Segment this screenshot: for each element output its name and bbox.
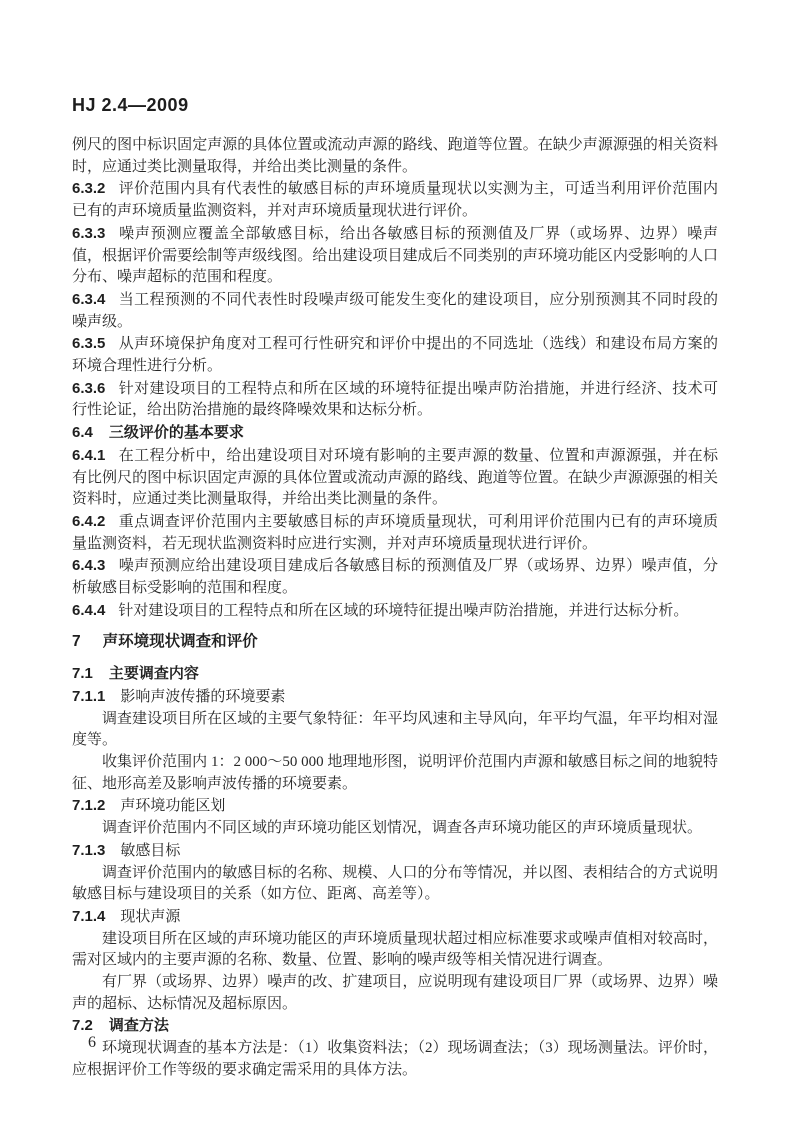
body-paragraph: 调查建设项目所在区域的主要气象特征：年平均风速和主导风向，年平均气温，年平均相对… xyxy=(72,709,718,752)
subsection-number: 7.1.3 xyxy=(72,842,105,859)
clause-6-3-5: 6.3.5从声环境保护角度对工程可行性研究和评价中提出的不同选址（选线）和建设布… xyxy=(72,333,718,377)
body-paragraph: 调查评价范围内不同区域的声环境功能区划情况，调查各声环境功能区的声环境质量现状。 xyxy=(72,818,718,840)
document-page: HJ 2.4—2009 例尺的图中标识固定声源的具体位置或流动声源的路线、跑道等… xyxy=(0,0,800,1132)
standard-number-header: HJ 2.4—2009 xyxy=(72,95,718,115)
clause-number: 6.3.2 xyxy=(72,180,105,197)
body-paragraph: 调查评价范围内的敏感目标的名称、规模、人口的分布等情况，并以图、表相结合的方式说… xyxy=(72,863,718,906)
clause-number: 6.4.2 xyxy=(72,513,105,530)
clause-number: 6.4.4 xyxy=(72,602,105,619)
body-paragraph: 建设项目所在区域的声环境功能区的声环境质量现状超过相应标准要求或噪声值相对较高时… xyxy=(72,929,718,972)
chapter-title: 声环境现状调查和评价 xyxy=(103,633,258,650)
clause-text: 从声环境保护角度对工程可行性研究和评价中提出的不同选址（选线）和建设布局方案的环… xyxy=(72,336,718,374)
clause-text: 噪声预测应给出建设项目建成后各敏感目标的预测值及厂界（或场界、边界）噪声值，分析… xyxy=(72,558,718,596)
subsection-number: 7.1.2 xyxy=(72,797,105,814)
clause-6-4-1: 6.4.1在工程分析中，给出建设项目对环境有影响的主要声源的数量、位置和声源源强… xyxy=(72,445,718,511)
clause-text: 针对建设项目的工程特点和所在区域的环境特征提出噪声防治措施，并进行经济、技术可行… xyxy=(72,381,718,419)
section-title: 主要调查内容 xyxy=(109,665,199,682)
subsection-title: 声环境功能区划 xyxy=(120,798,225,814)
clause-text: 噪声预测应覆盖全部敏感目标，给出各敏感目标的预测值及厂界（或场界、边界）噪声值，… xyxy=(72,226,718,285)
clause-text: 针对建设项目的工程特点和所在区域的环境特征提出噪声防治措施，并进行达标分析。 xyxy=(118,603,688,619)
clause-number: 6.4.3 xyxy=(72,557,105,574)
clause-text: 当工程预测的不同代表性时段噪声级可能发生变化的建设项目，应分别预测其不同时段的噪… xyxy=(72,292,718,330)
subsection-heading-7-1-1: 7.1.1影响声波传播的环境要素 xyxy=(72,686,718,709)
body-paragraph: 有厂界（或场界、边界）噪声的改、扩建项目，应说明现有建设项目厂界（或场界、边界）… xyxy=(72,972,718,1015)
clause-number: 6.3.3 xyxy=(72,225,105,242)
subsection-title: 影响声波传播的环境要素 xyxy=(120,689,285,705)
clause-number: 6.3.6 xyxy=(72,380,105,397)
subsection-heading-7-1-4: 7.1.4现状声源 xyxy=(72,906,718,929)
page-content: HJ 2.4—2009 例尺的图中标识固定声源的具体位置或流动声源的路线、跑道等… xyxy=(72,95,718,1082)
clause-6-3-2: 6.3.2评价范围内具有代表性的敏感目标的声环境质量现状以实测为主，可适当利用评… xyxy=(72,178,718,222)
subsection-number: 7.1.1 xyxy=(72,688,105,705)
clause-6-4-2: 6.4.2重点调查评价范围内主要敏感目标的声环境质量现状，可利用评价范围内已有的… xyxy=(72,511,718,555)
clause-6-4-3: 6.4.3噪声预测应给出建设项目建成后各敏感目标的预测值及厂界（或场界、边界）噪… xyxy=(72,555,718,599)
section-heading-6-4: 6.4三级评价的基本要求 xyxy=(72,422,718,445)
section-heading-7-1: 7.1主要调查内容 xyxy=(72,663,718,686)
clause-number: 6.3.4 xyxy=(72,291,105,308)
subsection-title: 敏感目标 xyxy=(120,843,180,859)
clause-text: 评价范围内具有代表性的敏感目标的声环境质量现状以实测为主，可适当利用评价范围内已… xyxy=(72,181,718,219)
subsection-title: 现状声源 xyxy=(120,909,180,925)
clause-text: 重点调查评价范围内主要敏感目标的声环境质量现状，可利用评价范围内已有的声环境质量… xyxy=(72,514,718,552)
clause-text: 在工程分析中，给出建设项目对环境有影响的主要声源的数量、位置和声源源强，并在标有… xyxy=(72,448,718,507)
section-title: 调查方法 xyxy=(109,1017,169,1034)
body-paragraph: 环境现状调查的基本方法是：（1）收集资料法；（2）现场调查法；（3）现场测量法。… xyxy=(72,1038,718,1081)
section-heading-7-2: 7.2调查方法 xyxy=(72,1015,718,1038)
clause-number: 6.3.5 xyxy=(72,335,105,352)
subsection-heading-7-1-2: 7.1.2声环境功能区划 xyxy=(72,795,718,818)
clause-6-4-4: 6.4.4针对建设项目的工程特点和所在区域的环境特征提出噪声防治措施，并进行达标… xyxy=(72,600,718,623)
clause-6-3-4: 6.3.4当工程预测的不同代表性时段噪声级可能发生变化的建设项目，应分别预测其不… xyxy=(72,289,718,333)
clause-6-3-6: 6.3.6针对建设项目的工程特点和所在区域的环境特征提出噪声防治措施，并进行经济… xyxy=(72,378,718,422)
section-number: 6.4 xyxy=(72,424,93,441)
page-number: 6 xyxy=(88,1033,96,1053)
subsection-number: 7.1.4 xyxy=(72,908,105,925)
section-number: 7.2 xyxy=(72,1017,93,1034)
section-number: 7.1 xyxy=(72,665,93,682)
continuation-paragraph: 例尺的图中标识固定声源的具体位置或流动声源的路线、跑道等位置。在缺少声源源强的相… xyxy=(72,135,718,178)
clause-6-3-3: 6.3.3噪声预测应覆盖全部敏感目标，给出各敏感目标的预测值及厂界（或场界、边界… xyxy=(72,223,718,289)
chapter-heading-7: 7声环境现状调查和评价 xyxy=(72,631,718,653)
section-title: 三级评价的基本要求 xyxy=(109,424,244,441)
subsection-heading-7-1-3: 7.1.3敏感目标 xyxy=(72,840,718,863)
body-paragraph: 收集评价范围内 1：2 000～50 000 地理地形图，说明评价范围内声源和敏… xyxy=(72,752,718,795)
clause-number: 6.4.1 xyxy=(72,447,105,464)
chapter-number: 7 xyxy=(72,633,81,650)
